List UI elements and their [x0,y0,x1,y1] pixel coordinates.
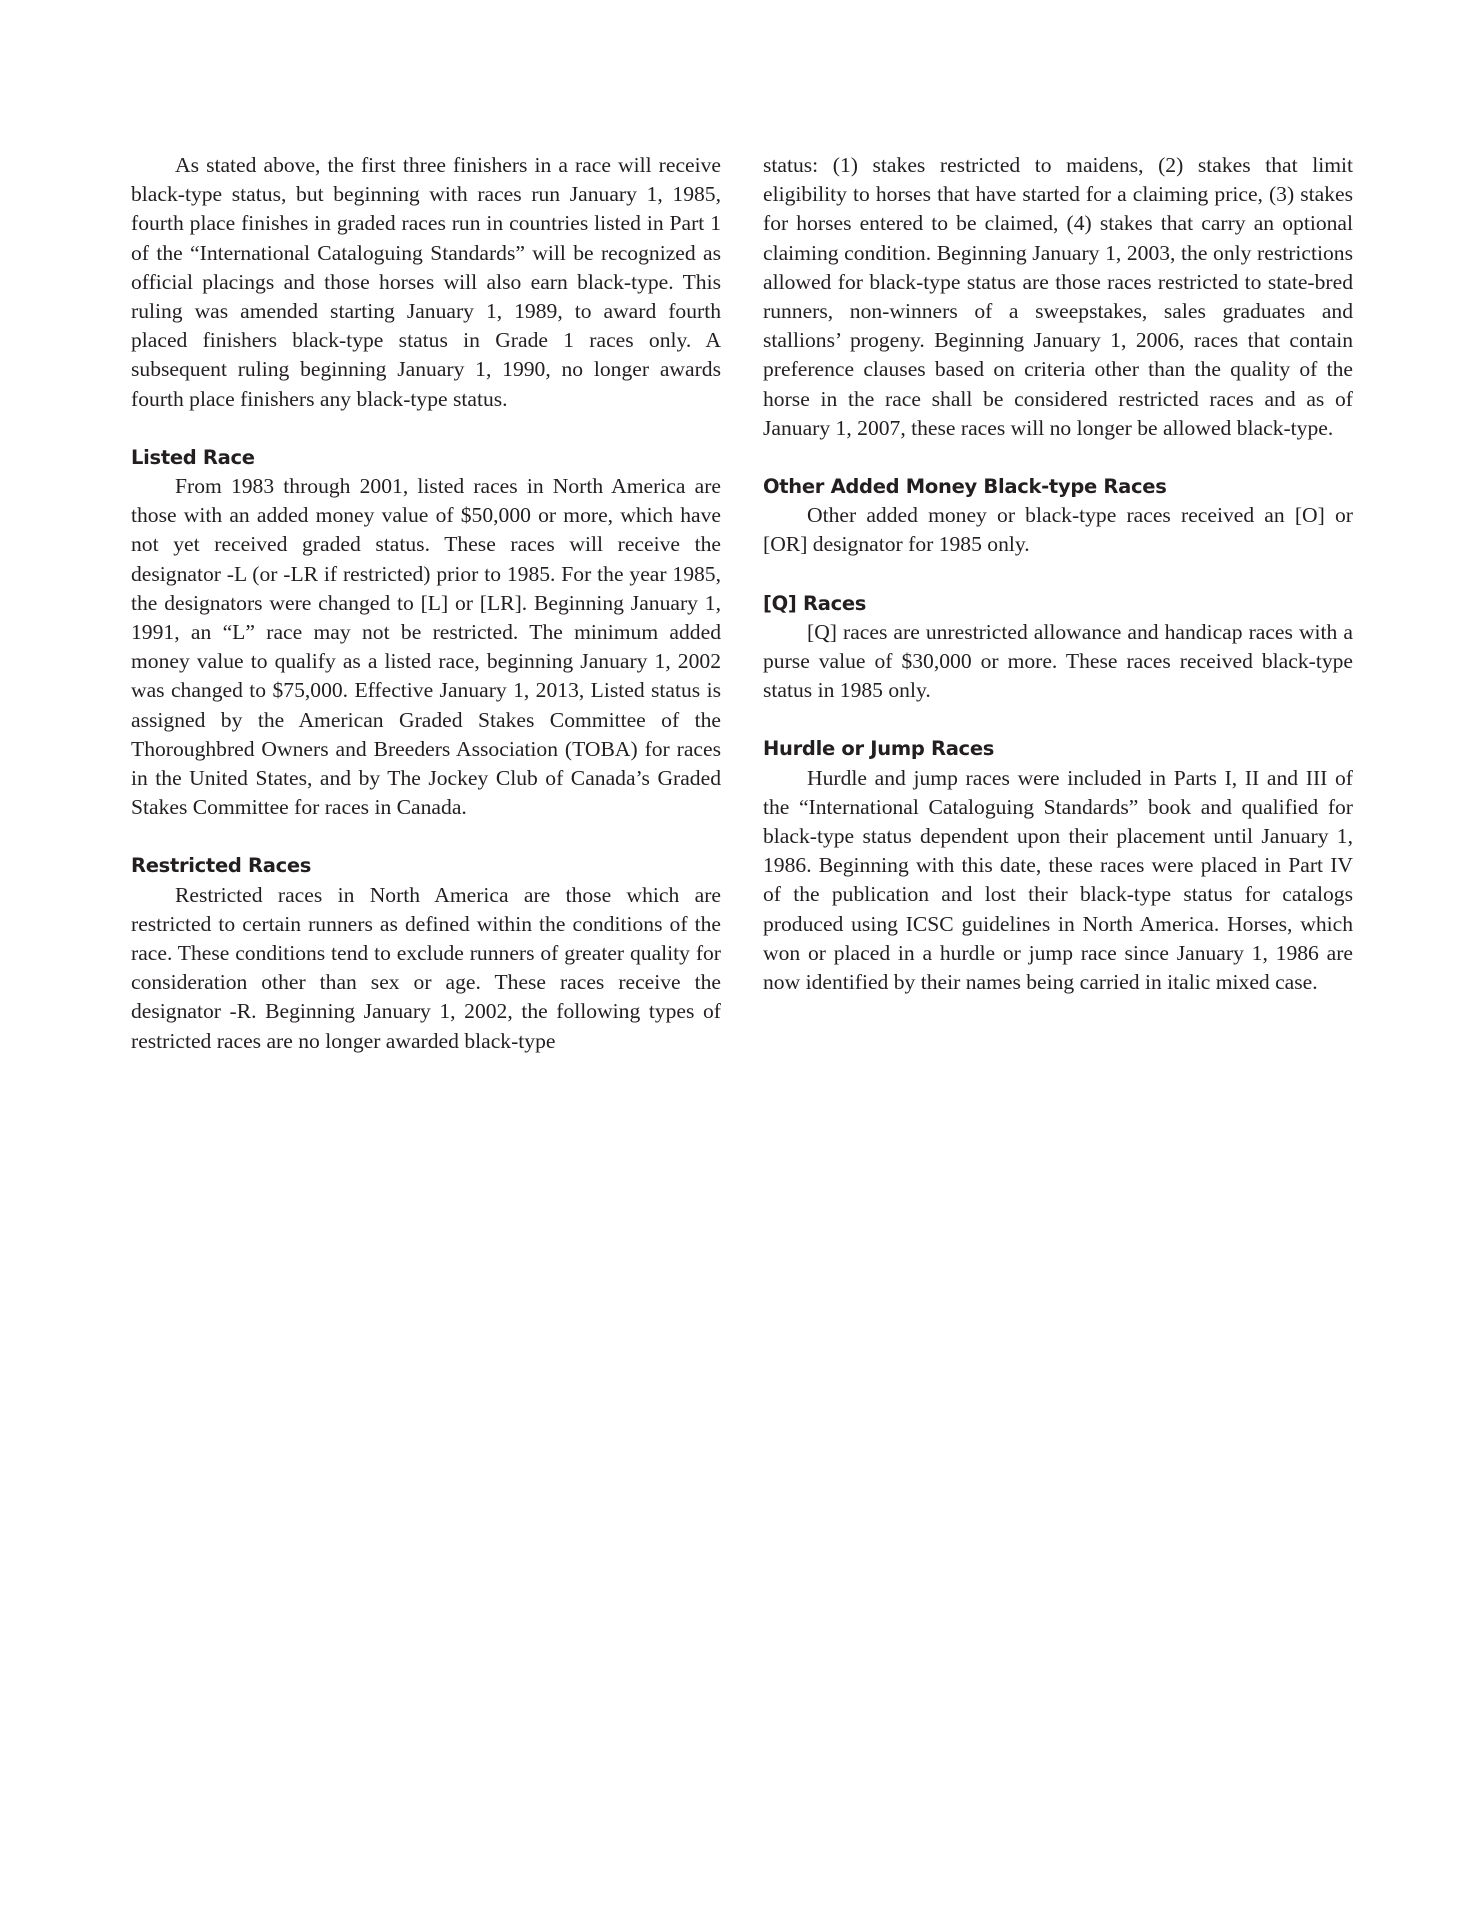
listed-race-paragraph: From 1983 through 2001, listed races in … [131,472,721,822]
heading-other-added-money: Other Added Money Black-type Races [763,472,1353,501]
restricted-races-continuation: status: (1) stakes restricted to maidens… [763,151,1353,443]
heading-restricted-races: Restricted Races [131,851,721,880]
hurdle-jump-races-paragraph: Hurdle and jump races were included in P… [763,764,1353,998]
left-column: As stated above, the first three finishe… [131,151,721,1056]
document-page: As stated above, the first three finishe… [0,0,1484,1920]
q-races-paragraph: [Q] races are unrestricted allowance and… [763,618,1353,706]
restricted-races-paragraph: Restricted races in North America are th… [131,881,721,1056]
heading-hurdle-jump-races: Hurdle or Jump Races [763,734,1353,763]
heading-q-races: [Q] Races [763,589,1353,618]
right-column: status: (1) stakes restricted to maidens… [763,151,1353,997]
intro-paragraph: As stated above, the first three finishe… [131,151,721,414]
heading-listed-race: Listed Race [131,443,721,472]
other-added-money-paragraph: Other added money or black-type races re… [763,501,1353,559]
